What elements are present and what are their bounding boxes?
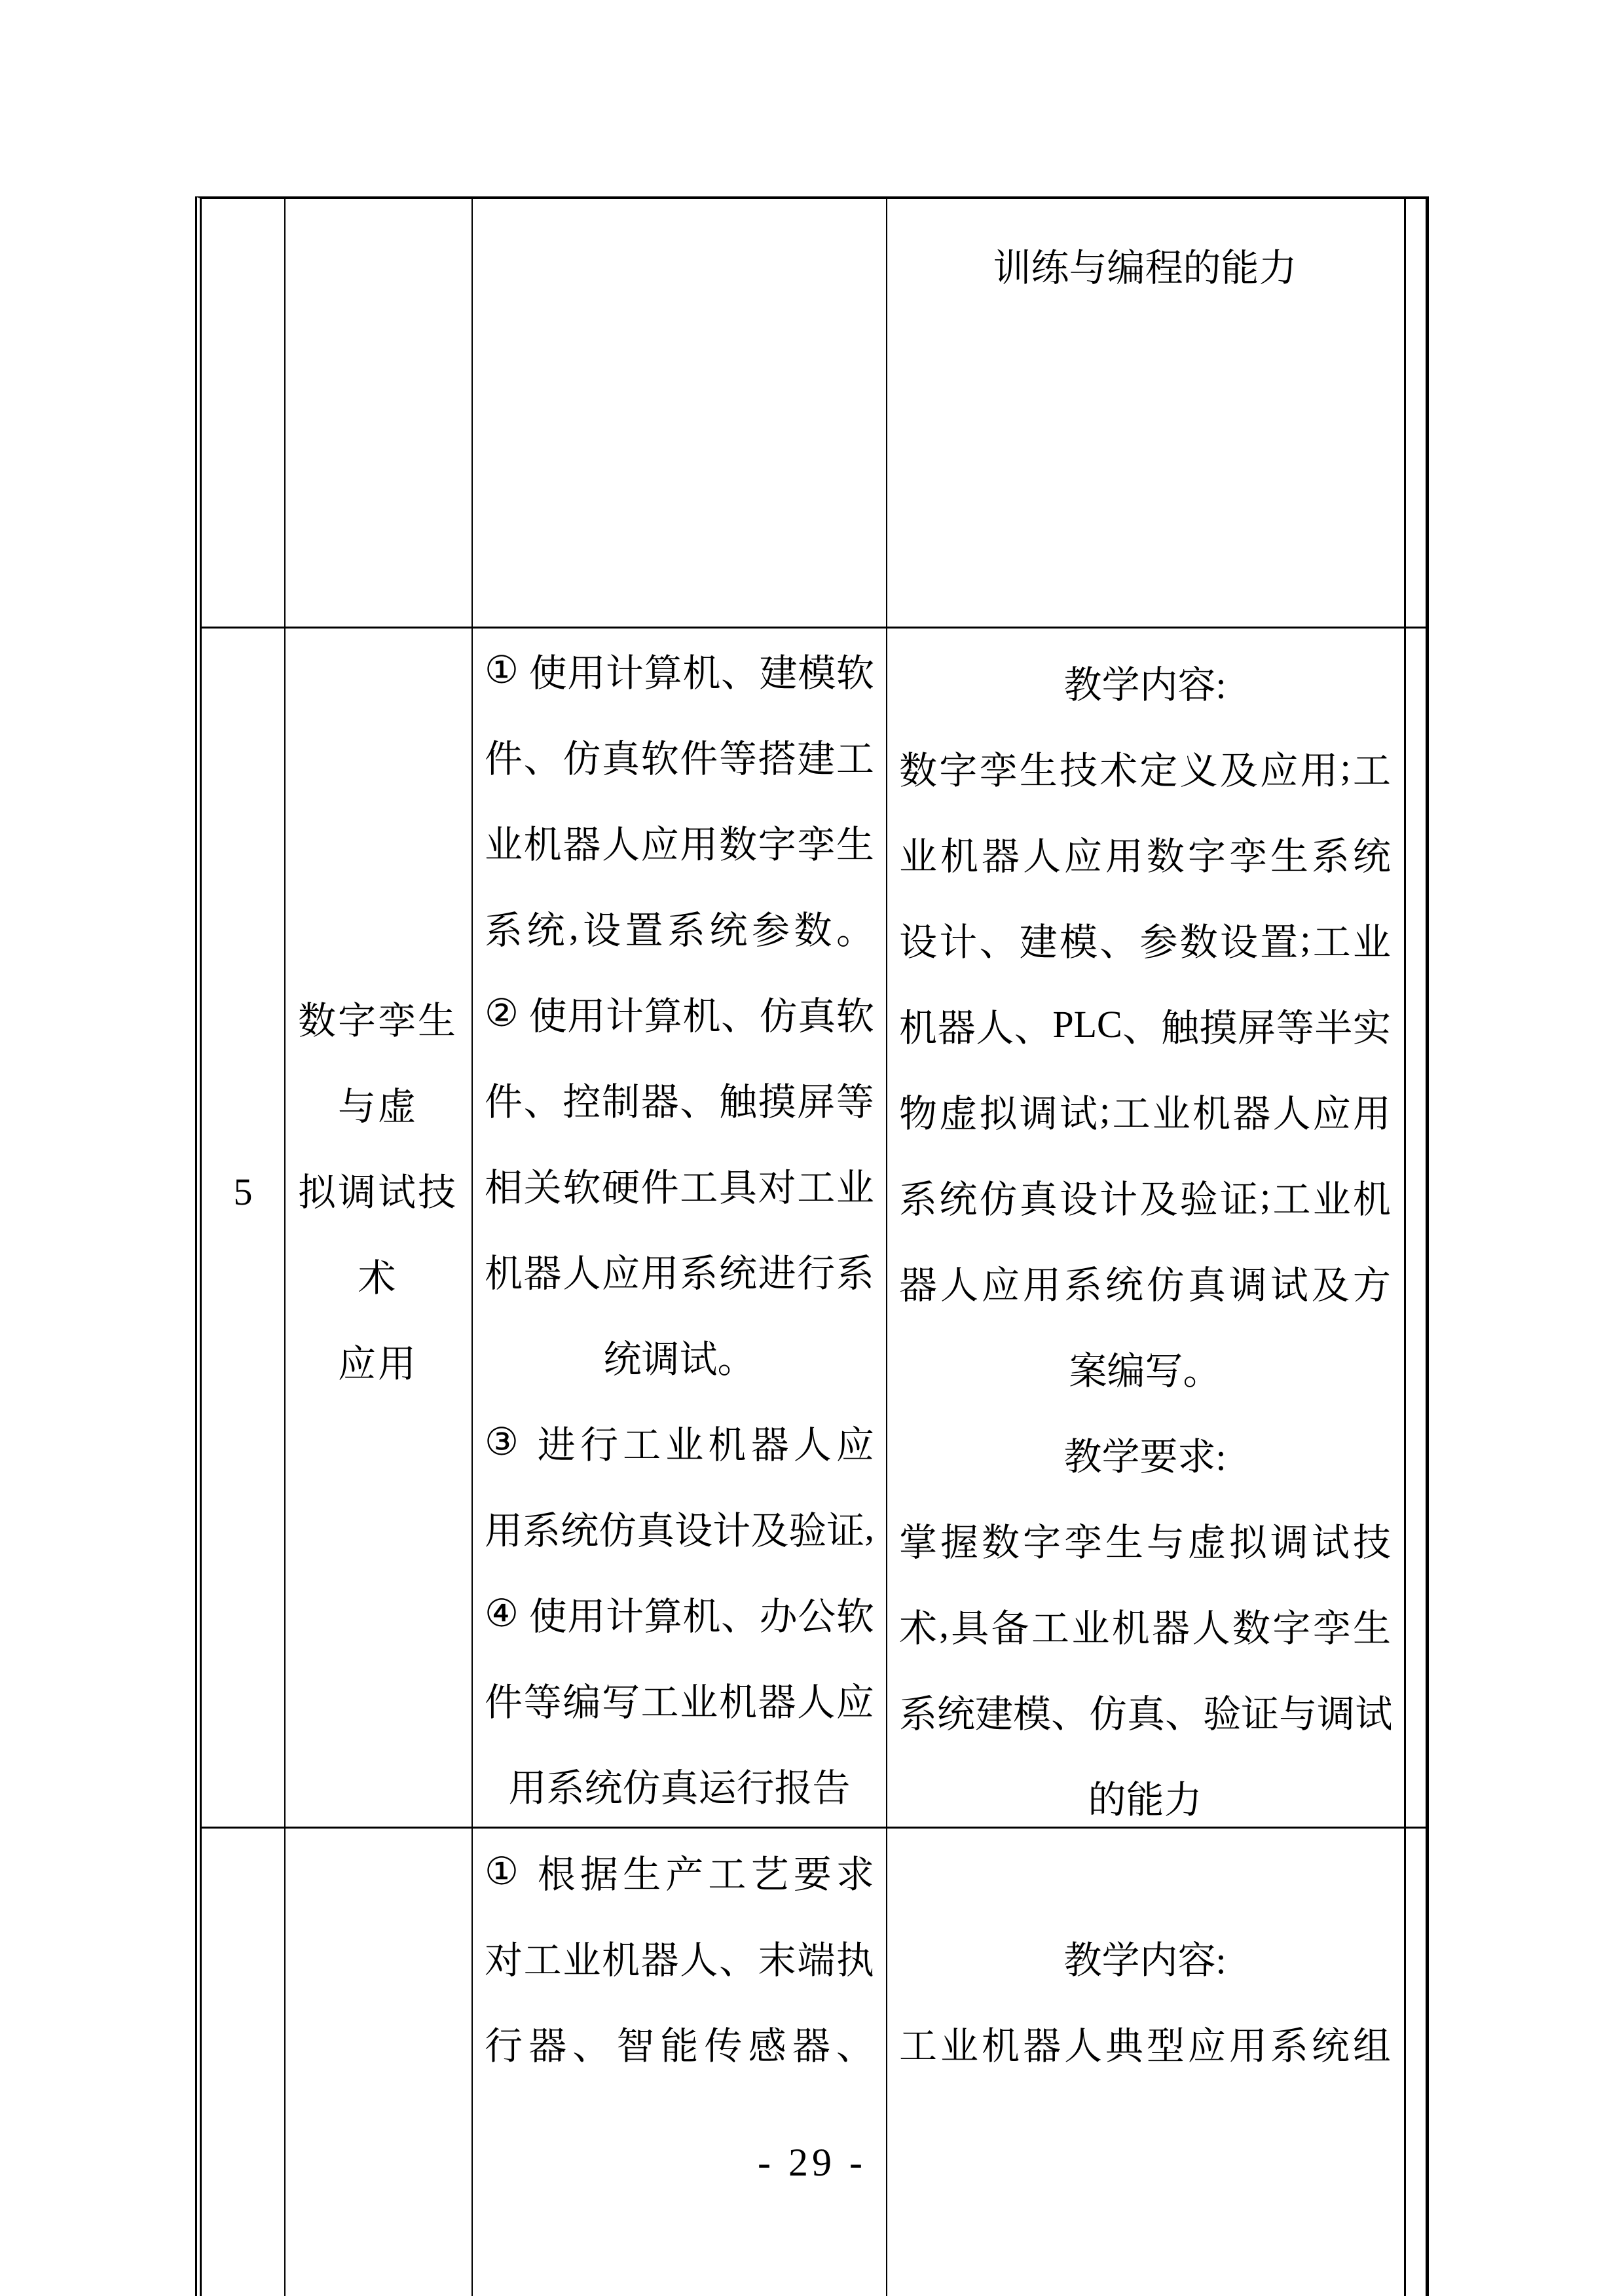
- text-line: 5: [202, 1149, 284, 1235]
- text-line: 应用: [284, 1317, 471, 1403]
- text-line: 系统建模、仿真、验证与调试: [899, 1667, 1391, 1753]
- document-page: 训练与编程的能力 5 数字孪生 与虚 拟调试技 术 应用 ① 使用计算机、建模软…: [0, 0, 1624, 2296]
- cell-row3-teaching: 教学内容: 工业机器人典型应用系统组: [899, 1828, 1391, 2085]
- text-line: 数字孪生: [284, 974, 471, 1060]
- text-line: 案编写。: [899, 1324, 1391, 1410]
- text-line: 训练与编程的能力: [899, 221, 1391, 307]
- text-line: 系统仿真设计及验证;工业机: [899, 1153, 1391, 1239]
- cell-row3-work-tasks: ① 根据生产工艺要求 对工业机器人、末端执 行器、智能传感器、: [485, 1828, 874, 2085]
- cell-row2-seq-number: 5: [202, 1149, 284, 1235]
- text-line: ② 使用计算机、仿真软: [485, 970, 874, 1055]
- text-line: 用系统仿真设计及验证,: [485, 1484, 874, 1570]
- text-line: 相关软硬件工具对工业: [485, 1141, 874, 1227]
- text-line: ③ 进行工业机器人应: [485, 1398, 874, 1484]
- text-line: 系统,设置系统参数。: [485, 884, 874, 970]
- text-line: [899, 1828, 1391, 1914]
- text-line: 行器、智能传感器、: [485, 1999, 874, 2085]
- text-line: ④ 使用计算机、办公软: [485, 1570, 874, 1656]
- text-line: 掌握数字孪生与虚拟调试技: [899, 1496, 1391, 1582]
- table-border-col4-col5: [1404, 199, 1406, 2296]
- text-line: 拟调试技: [284, 1146, 471, 1231]
- text-line: 机器人应用系统进行系: [485, 1227, 874, 1313]
- cell-row1-teaching: 训练与编程的能力: [899, 221, 1391, 307]
- text-line: 业机器人应用数字孪生: [485, 798, 874, 884]
- text-line: 统调试。: [485, 1313, 874, 1398]
- table-border-col2-col3: [471, 199, 473, 2296]
- text-line: 设计、建模、参数设置;工业: [899, 896, 1391, 981]
- text-line: 件等编写工业机器人应: [485, 1656, 874, 1741]
- text-line: 件、仿真软件等搭建工: [485, 712, 874, 798]
- text-line: ① 根据生产工艺要求: [485, 1828, 874, 1914]
- table-border-col3-col4: [886, 199, 887, 2296]
- text-line: 术,具备工业机器人数字孪生: [899, 1582, 1391, 1667]
- text-line: 的能力: [899, 1753, 1391, 1839]
- text-line: 教学内容:: [899, 1914, 1391, 1999]
- text-line: 物虚拟调试;工业机器人应用: [899, 1067, 1391, 1153]
- text-line: 数字孪生技术定义及应用;工: [899, 724, 1391, 810]
- text-line: 教学要求:: [899, 1410, 1391, 1496]
- text-line: 用系统仿真运行报告: [485, 1741, 874, 1827]
- cell-row2-teaching: 教学内容: 数字孪生技术定义及应用;工 业机器人应用数字孪生系统 设计、建模、参…: [899, 638, 1391, 1839]
- text-line: 对工业机器人、末端执: [485, 1914, 874, 1999]
- text-line: 与虚: [284, 1060, 471, 1146]
- page-number: - 29 -: [0, 2120, 1624, 2206]
- text-line: 教学内容:: [899, 638, 1391, 724]
- cell-row2-project-name: 数字孪生 与虚 拟调试技 术 应用: [284, 974, 471, 1403]
- text-line: 术: [284, 1231, 471, 1317]
- text-line: 工业机器人典型应用系统组: [899, 1999, 1391, 2085]
- text-line: 器人应用系统仿真调试及方: [899, 1239, 1391, 1324]
- cell-row2-work-tasks: ① 使用计算机、建模软 件、仿真软件等搭建工 业机器人应用数字孪生 系统,设置系…: [485, 627, 874, 1827]
- text-line: 业机器人应用数字孪生系统: [899, 810, 1391, 896]
- text-line: 机器人、PLC、触摸屏等半实: [899, 981, 1391, 1067]
- text-line: ① 使用计算机、建模软: [485, 627, 874, 712]
- text-line: 件、控制器、触摸屏等: [485, 1055, 874, 1141]
